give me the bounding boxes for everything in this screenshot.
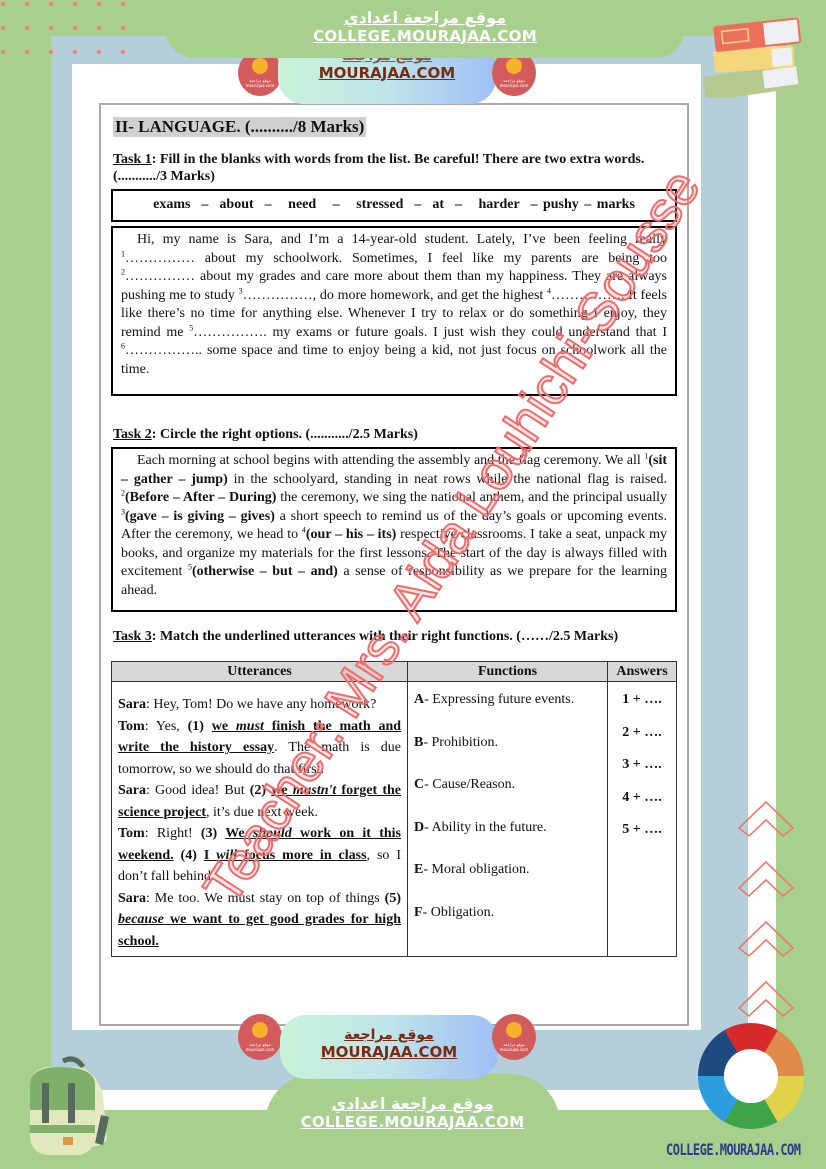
answer-slot[interactable]: 1 + …. bbox=[608, 692, 676, 725]
book-icon bbox=[252, 58, 268, 74]
option-group[interactable]: (Before – After – During) bbox=[125, 490, 276, 505]
task3-label: Task 3 bbox=[113, 629, 152, 644]
underlined-utterance: I bbox=[204, 848, 216, 863]
book-icon bbox=[252, 1022, 268, 1038]
bottom-pill-url[interactable]: MOURAJAA.COM bbox=[280, 1043, 498, 1061]
underlined-modal: will bbox=[216, 848, 237, 863]
task3-heading: Task 3: Match the underlined utterances … bbox=[113, 628, 677, 645]
function-option: A- Expressing future events. bbox=[414, 692, 601, 735]
task2-paragraph: Each morning at school begins with atten… bbox=[111, 447, 677, 612]
book-icon bbox=[506, 58, 522, 74]
exam-document: II- LANGUAGE. (........../8 Marks) Task … bbox=[99, 103, 689, 1026]
task1-instruction: : Fill in the blanks with words from the… bbox=[113, 152, 644, 184]
bottom-banner-arabic: موقع مراجعة اعدادي bbox=[265, 1074, 560, 1113]
text-run: : Right! bbox=[145, 826, 201, 841]
answers-cell[interactable]: 1 + ….2 + ….3 + ….4 + ….5 + …. bbox=[608, 682, 677, 957]
dialogue-line: Sara: Hey, Tom! Do we have any homework? bbox=[118, 694, 401, 716]
badge-text: موقع مراجعة mourajaa.com bbox=[498, 78, 530, 88]
underlined-utterance: focus more in class bbox=[237, 848, 366, 863]
task1-paragraph-text: Hi, my name is Sara, and I’m a 14-year-o… bbox=[121, 232, 667, 377]
option-group[interactable]: (our – his – its) bbox=[306, 527, 396, 542]
text-run: : Me too. We must stay on top of things bbox=[146, 891, 385, 906]
dialogue-line: Sara: Me too. We must stay on top of thi… bbox=[118, 888, 401, 953]
text-run: in the schoolyard, standing in neat rows… bbox=[228, 472, 667, 487]
book-stack-icon bbox=[700, 8, 810, 98]
answer-slot[interactable]: 4 + …. bbox=[608, 790, 676, 823]
task2-label: Task 2 bbox=[113, 427, 152, 442]
task2-instruction: : Circle the right options. (...........… bbox=[152, 427, 418, 442]
task1-paragraph: Hi, my name is Sara, and I’m a 14-year-o… bbox=[111, 226, 677, 396]
dialogue-line: Sara: Good idea! But (2) we mustn't forg… bbox=[118, 780, 401, 823]
column-header-utterances: Utterances bbox=[112, 662, 408, 682]
answer-slot[interactable]: 2 + …. bbox=[608, 725, 676, 758]
backpack-icon bbox=[15, 1055, 115, 1160]
text-run: : Yes, bbox=[145, 719, 188, 734]
function-option: D- Ability in the future. bbox=[414, 820, 601, 863]
badge-text: موقع مراجعة mourajaa.com bbox=[498, 1042, 530, 1052]
option-group[interactable]: (4) bbox=[174, 848, 204, 863]
column-header-answers: Answers bbox=[608, 662, 677, 682]
answer-slot[interactable]: 3 + …. bbox=[608, 757, 676, 790]
bottom-banner[interactable]: موقع مراجعة اعدادي COLLEGE.MOURAJAA.COM bbox=[265, 1074, 560, 1169]
option-group[interactable]: (2) bbox=[250, 783, 271, 798]
task3-instruction: : Match the underlined utterances with t… bbox=[152, 629, 618, 644]
function-option: F- Obligation. bbox=[414, 905, 601, 948]
task1-heading: Task 1: Fill in the blanks with words fr… bbox=[113, 151, 677, 185]
dialogue-line: Tom: Right! (3) We should work on it thi… bbox=[118, 823, 401, 888]
bottom-banner-url[interactable]: COLLEGE.MOURAJAA.COM bbox=[265, 1113, 560, 1131]
option-group[interactable]: (gave – is giving – gives) bbox=[125, 509, 275, 524]
option-group[interactable]: (1) bbox=[188, 719, 212, 734]
word-list-box: exams – about – need – stressed – at – h… bbox=[111, 189, 677, 222]
underlined-modal: must bbox=[236, 719, 264, 734]
underlined-utterance: we bbox=[212, 719, 236, 734]
text-run: the ceremony, we sing the national anthe… bbox=[276, 490, 667, 505]
task2-paragraph-text: Each morning at school begins with atten… bbox=[121, 453, 667, 598]
dialogue-line: Tom: Yes, (1) we must finish the math an… bbox=[118, 716, 401, 781]
top-banner-url[interactable]: COLLEGE.MOURAJAA.COM bbox=[165, 27, 685, 45]
matching-table: Utterances Functions Answers Sara: Hey, … bbox=[111, 661, 677, 957]
site-logo-badge: موقع مراجعة mourajaa.com bbox=[238, 1014, 282, 1060]
speaker-name: Sara bbox=[118, 891, 146, 906]
task2-heading: Task 2: Circle the right options. (.....… bbox=[113, 426, 677, 443]
underlined-modal: because bbox=[118, 912, 164, 927]
task1-label: Task 1 bbox=[113, 152, 152, 167]
option-group[interactable]: (3) bbox=[201, 826, 225, 841]
decorative-dots bbox=[0, 0, 130, 55]
text-run: Each morning at school begins with atten… bbox=[137, 453, 644, 468]
function-option: B- Prohibition. bbox=[414, 735, 601, 778]
functions-cell: A- Expressing future events.B- Prohibiti… bbox=[408, 682, 608, 957]
function-option: E- Moral obligation. bbox=[414, 862, 601, 905]
badge-text: موقع مراجعة mourajaa.com bbox=[244, 1042, 276, 1052]
word-list: exams – about – need – stressed – at – h… bbox=[153, 197, 635, 212]
underlined-modal: mustn't bbox=[293, 783, 337, 798]
text-run: …………….. some space and time to enjoy bei… bbox=[121, 343, 667, 377]
top-banner[interactable]: موقع مراجعة اعدادي COLLEGE.MOURAJAA.COM bbox=[165, 0, 685, 58]
speaker-name: Tom bbox=[118, 719, 145, 734]
chevron-up-icon bbox=[735, 910, 797, 972]
speaker-name: Sara bbox=[118, 697, 146, 712]
column-header-functions: Functions bbox=[408, 662, 608, 682]
function-option: C- Cause/Reason. bbox=[414, 777, 601, 820]
text-run: : Good idea! But bbox=[146, 783, 250, 798]
text-run: , it’s due next week. bbox=[206, 805, 318, 820]
site-logo-badge: موقع مراجعة mourajaa.com bbox=[492, 1014, 536, 1060]
bottom-pill-arabic: موقع مراجعة bbox=[280, 1015, 498, 1043]
option-group[interactable]: (5) bbox=[385, 891, 401, 906]
badge-text: موقع مراجعة mourajaa.com bbox=[244, 78, 276, 88]
option-group[interactable]: (otherwise – but – and) bbox=[192, 564, 338, 579]
underlined-modal: should bbox=[253, 826, 292, 841]
section-title: II- LANGUAGE. (........../8 Marks) bbox=[113, 117, 366, 137]
chevron-up-icon bbox=[735, 850, 797, 912]
utterances-cell: Sara: Hey, Tom! Do we have any homework?… bbox=[112, 682, 408, 957]
text-run: Hi, my name is Sara, and I’m a 14-year-o… bbox=[137, 232, 667, 247]
speaker-name: Tom bbox=[118, 826, 145, 841]
book-icon bbox=[506, 1022, 522, 1038]
underlined-utterance: We bbox=[225, 826, 253, 841]
speaker-name: Sara bbox=[118, 783, 146, 798]
chevron-up-icon bbox=[735, 790, 797, 852]
text-run: ……………. my exams or future goals. I just … bbox=[193, 325, 667, 340]
subjects-wheel-logo bbox=[697, 1022, 805, 1130]
bottom-pill-link[interactable]: موقع مراجعة MOURAJAA.COM bbox=[280, 1015, 498, 1079]
underlined-utterance: we bbox=[271, 783, 292, 798]
top-pill-url[interactable]: MOURAJAA.COM bbox=[278, 64, 496, 82]
wheel-label: COLLEGE.MOURAJAA.COM bbox=[666, 1141, 826, 1159]
answer-slot[interactable]: 5 + …. bbox=[608, 822, 676, 855]
text-run: …………… about my schoolwork. Sometimes, I … bbox=[125, 251, 667, 266]
top-banner-arabic: موقع مراجعة اعدادي bbox=[165, 0, 685, 27]
text-run: : Hey, Tom! Do we have any homework? bbox=[146, 697, 376, 712]
text-run: ……………, do more homework, and get the hig… bbox=[243, 288, 547, 303]
frame-green-left bbox=[0, 0, 51, 1169]
